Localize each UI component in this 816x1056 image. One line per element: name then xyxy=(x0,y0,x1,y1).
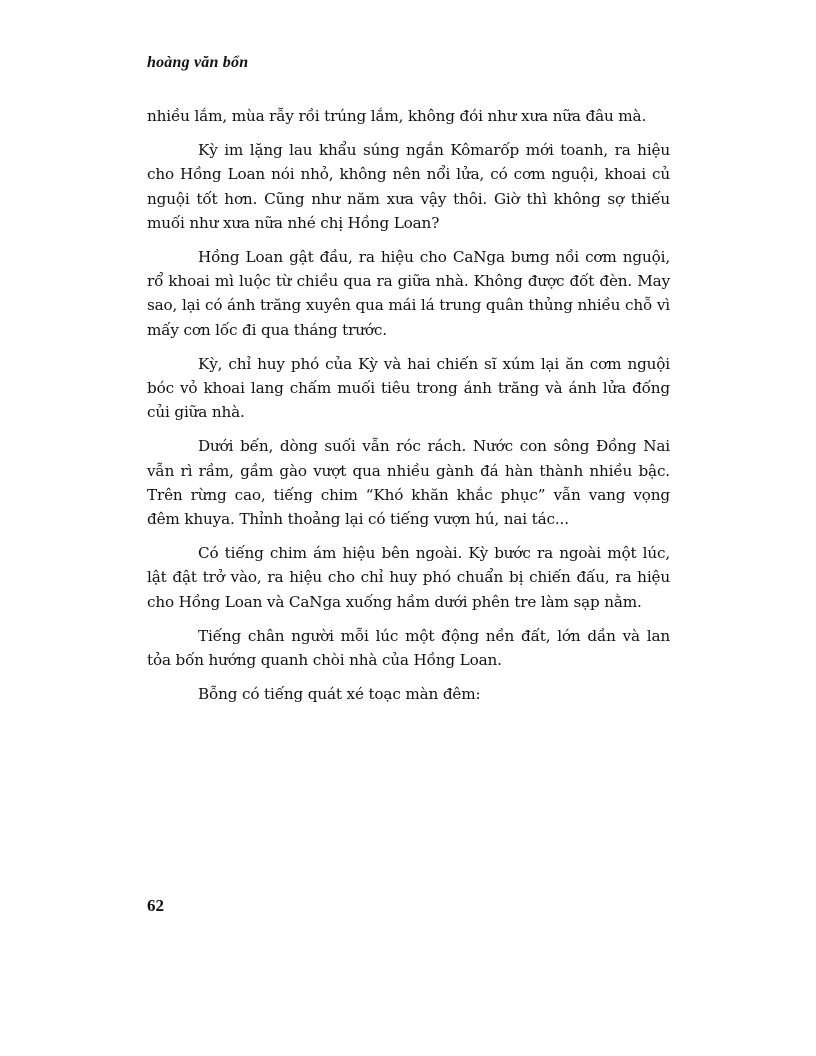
running-header-author: hoàng văn bổn xyxy=(147,54,248,72)
paragraph-continuation: nhiều lắm, mùa rẫy rồi trúng lắm, không … xyxy=(147,104,670,128)
paragraph: Tiếng chân người mỗi lúc một động nền đấ… xyxy=(147,624,670,672)
paragraph: Có tiếng chim ám hiệu bên ngoài. Kỳ bước… xyxy=(147,541,670,614)
body-text: nhiều lắm, mùa rẫy rồi trúng lắm, không … xyxy=(147,104,670,716)
paragraph: Kỳ, chỉ huy phó của Kỳ và hai chiến sĩ x… xyxy=(147,352,670,425)
paragraph: Dưới bến, dòng suối vẫn róc rách. Nước c… xyxy=(147,434,670,531)
page-number: 62 xyxy=(147,896,164,916)
book-page: hoàng văn bổn nhiều lắm, mùa rẫy rồi trú… xyxy=(0,0,816,1056)
paragraph: Bỗng có tiếng quát xé toạc màn đêm: xyxy=(147,682,670,706)
paragraph: Kỳ im lặng lau khẩu súng ngắn Kômarốp mớ… xyxy=(147,138,670,235)
paragraph: Hồng Loan gật đầu, ra hiệu cho CaNga bưn… xyxy=(147,245,670,342)
